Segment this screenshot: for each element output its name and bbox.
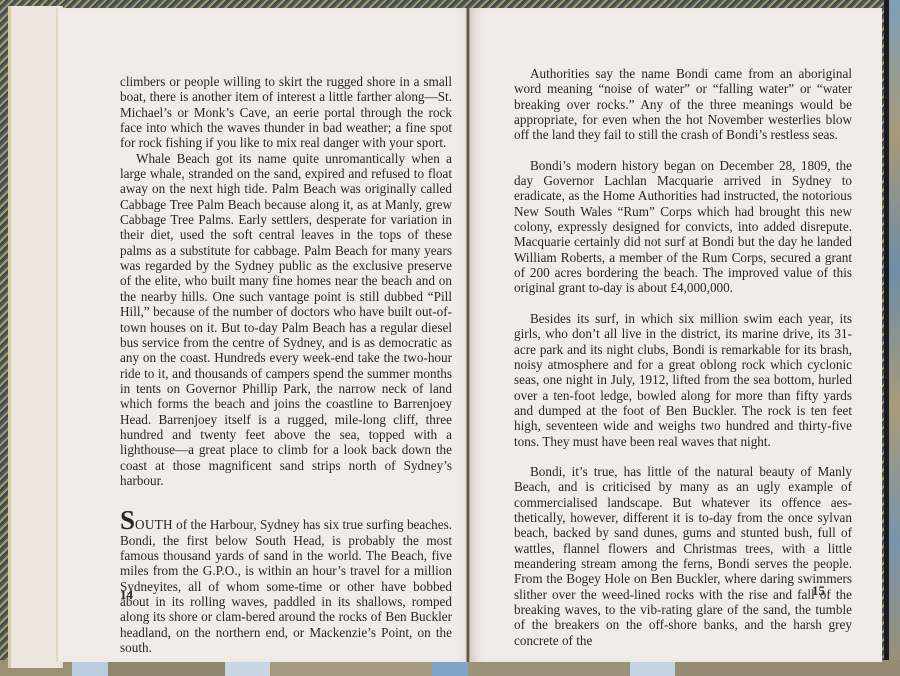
section-opening-paragraph: SOUTH of the Harbour, Sydney has six tru… xyxy=(120,514,452,655)
page-number: 14 xyxy=(120,587,133,603)
lead-in-smallcaps: OUTH xyxy=(135,517,173,532)
paragraph: Authorities say the name Bondi came from… xyxy=(514,66,852,143)
section-text: of the Harbour, Sydney has six true surf… xyxy=(120,517,452,655)
right-page: Authorities say the name Bondi came from… xyxy=(470,8,882,662)
paragraph: Bondi’s modern history began on December… xyxy=(514,158,852,296)
left-page-body: climbers or people willing to skirt the … xyxy=(120,74,452,655)
flyleaf-edge xyxy=(8,6,63,668)
paragraph: Bondi, it’s true, has little of the natu… xyxy=(514,464,852,648)
drop-cap: S xyxy=(120,505,135,535)
book-cover-edge-bottom xyxy=(0,660,900,676)
paragraph: climbers or people willing to skirt the … xyxy=(120,74,452,151)
paragraph: Besides its surf, in which six million s… xyxy=(514,311,852,449)
page-number: 15 xyxy=(812,583,825,599)
left-page: climbers or people willing to skirt the … xyxy=(56,8,470,662)
right-page-body: Authorities say the name Bondi came from… xyxy=(514,66,852,648)
book-cover-edge-right xyxy=(884,0,900,676)
paragraph: Whale Beach got its name quite unromanti… xyxy=(120,151,452,489)
